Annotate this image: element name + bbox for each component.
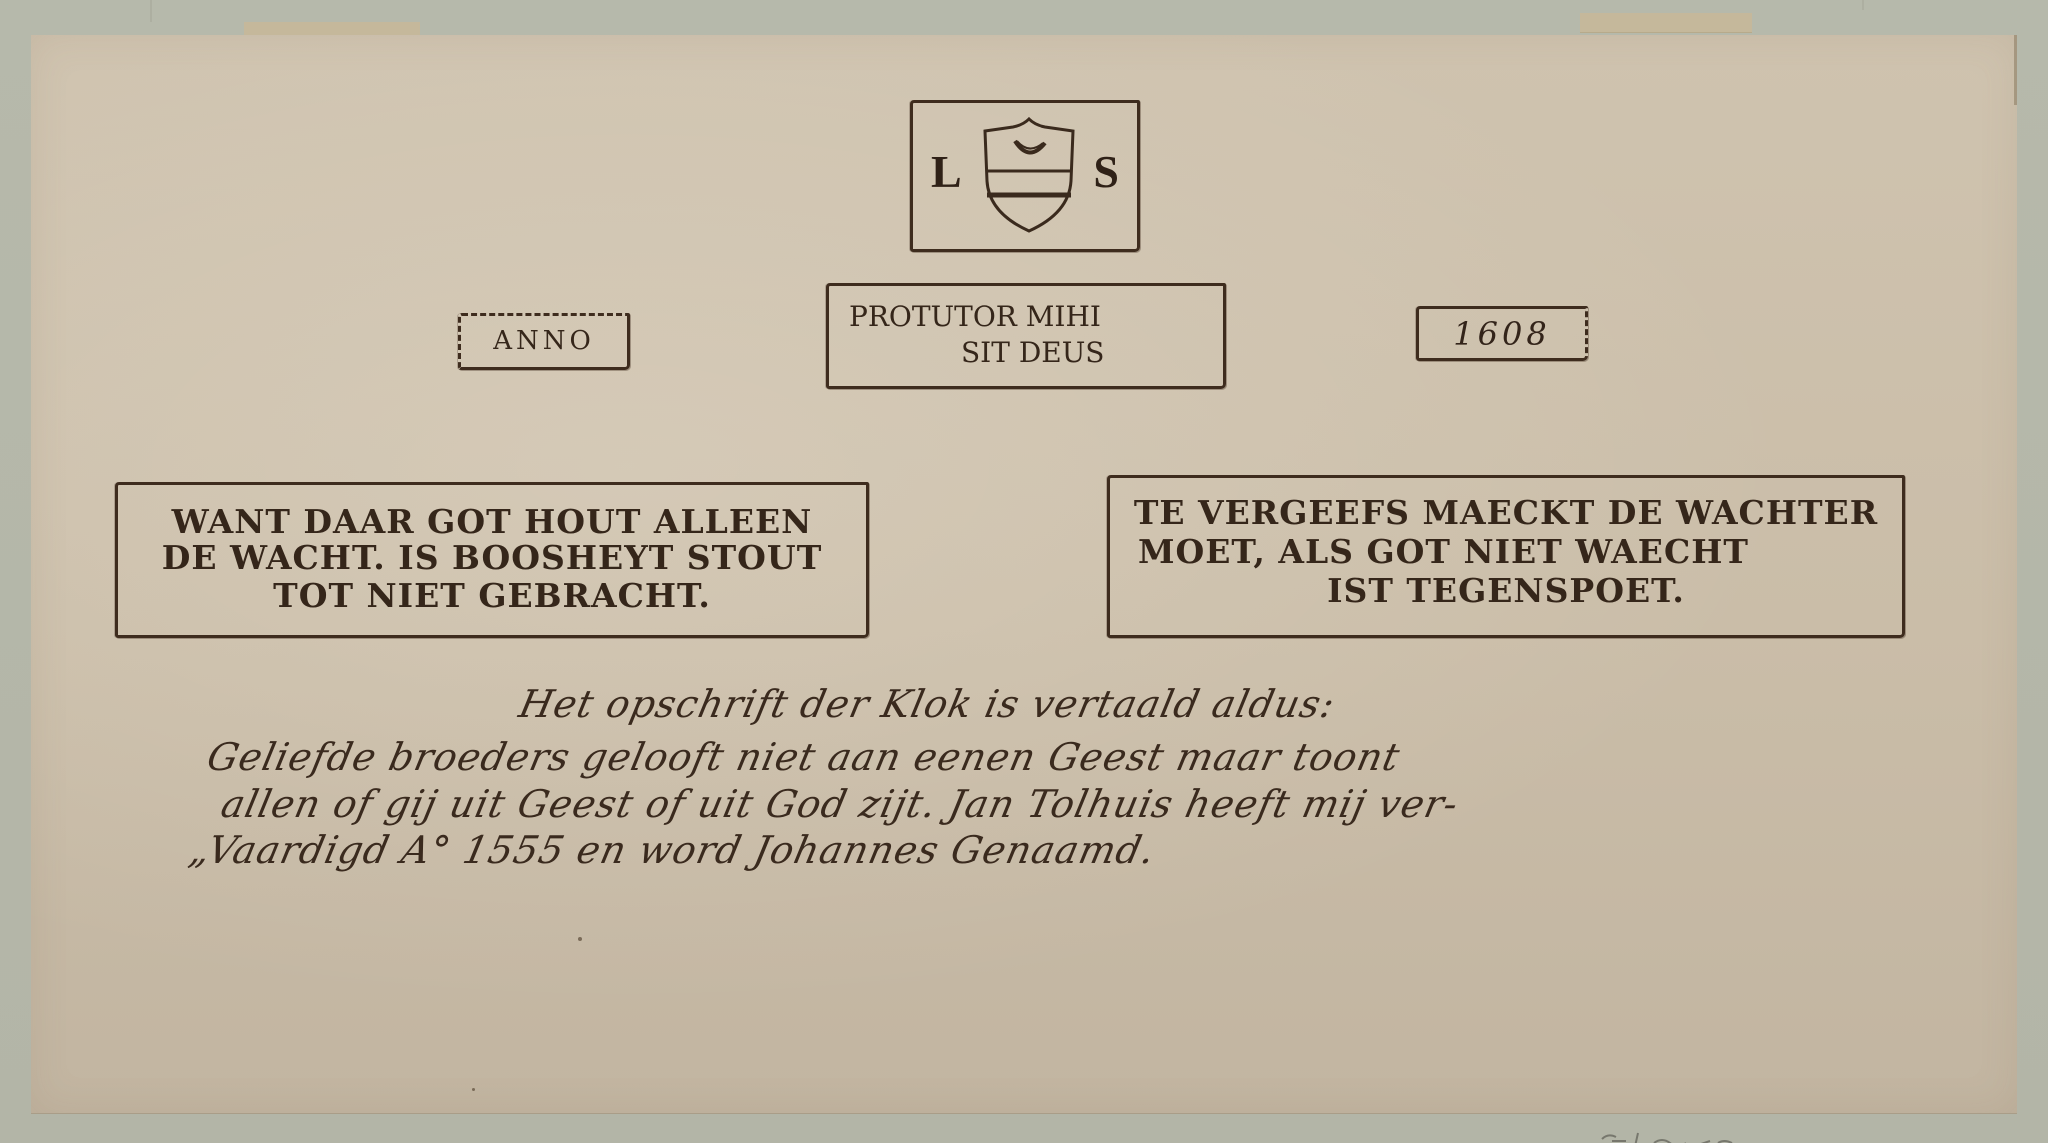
paper-edge bbox=[2014, 35, 2017, 105]
inscription-left-box: WANT DAAR GOT HOUT ALLEEN DE WACHT. IS B… bbox=[115, 482, 869, 638]
inscription-left-line: TOT NIET GEBRACHT. bbox=[118, 577, 866, 615]
motto-box: PROTUTOR MIHI SIT DEUS bbox=[826, 283, 1226, 389]
mount-board: L S ANNO PROTUTOR MIHI SIT DEUS 1608 WAN… bbox=[0, 0, 2048, 1143]
translation-heading: Het opschrift der Klok is vertaald aldus… bbox=[515, 682, 1339, 726]
mount-crease bbox=[1862, 0, 1864, 10]
anno-label: ANNO bbox=[461, 326, 627, 356]
inscription-right-line: IST TEGENSPOET. bbox=[1110, 572, 1902, 610]
translation-line: Geliefde broeders gelooft niet aan eenen… bbox=[203, 735, 1404, 779]
year-value: 1608 bbox=[1419, 315, 1585, 353]
shield-icon bbox=[979, 117, 1079, 233]
pencil-scribble-icon bbox=[1598, 1131, 1738, 1143]
anno-box: ANNO bbox=[458, 313, 630, 370]
inscription-right-line: MOET, ALS GOT NIET WAECHT bbox=[1110, 533, 1902, 571]
inscription-right-box: TE VERGEEFS MAECKT DE WACHTER MOET, ALS … bbox=[1107, 475, 1905, 638]
ink-speck bbox=[472, 1088, 475, 1091]
inscription-left-line: WANT DAAR GOT HOUT ALLEEN bbox=[118, 503, 866, 541]
motto-line-1: PROTUTOR MIHI bbox=[849, 300, 1101, 333]
inscription-right-line: TE VERGEEFS MAECKT DE WACHTER bbox=[1110, 494, 1902, 532]
translation-line: allen of gij uit Geest of uit God zijt. … bbox=[217, 782, 1462, 826]
year-box: 1608 bbox=[1416, 306, 1588, 361]
seal-letter-left: L bbox=[931, 145, 962, 198]
translation-line: „Vaardigd A° 1555 en word Johannes Genaa… bbox=[185, 828, 1159, 872]
inscription-left-line: DE WACHT. IS BOOSHEYT STOUT bbox=[118, 539, 866, 577]
motto-line-2: SIT DEUS bbox=[961, 336, 1105, 369]
seal-letter-right: S bbox=[1093, 145, 1119, 198]
seal-box: L S bbox=[910, 100, 1140, 252]
mount-crease bbox=[150, 0, 152, 22]
ink-speck bbox=[578, 937, 582, 941]
tape-strip-right bbox=[1580, 13, 1752, 33]
pencil-note-partial bbox=[1598, 1124, 1738, 1143]
